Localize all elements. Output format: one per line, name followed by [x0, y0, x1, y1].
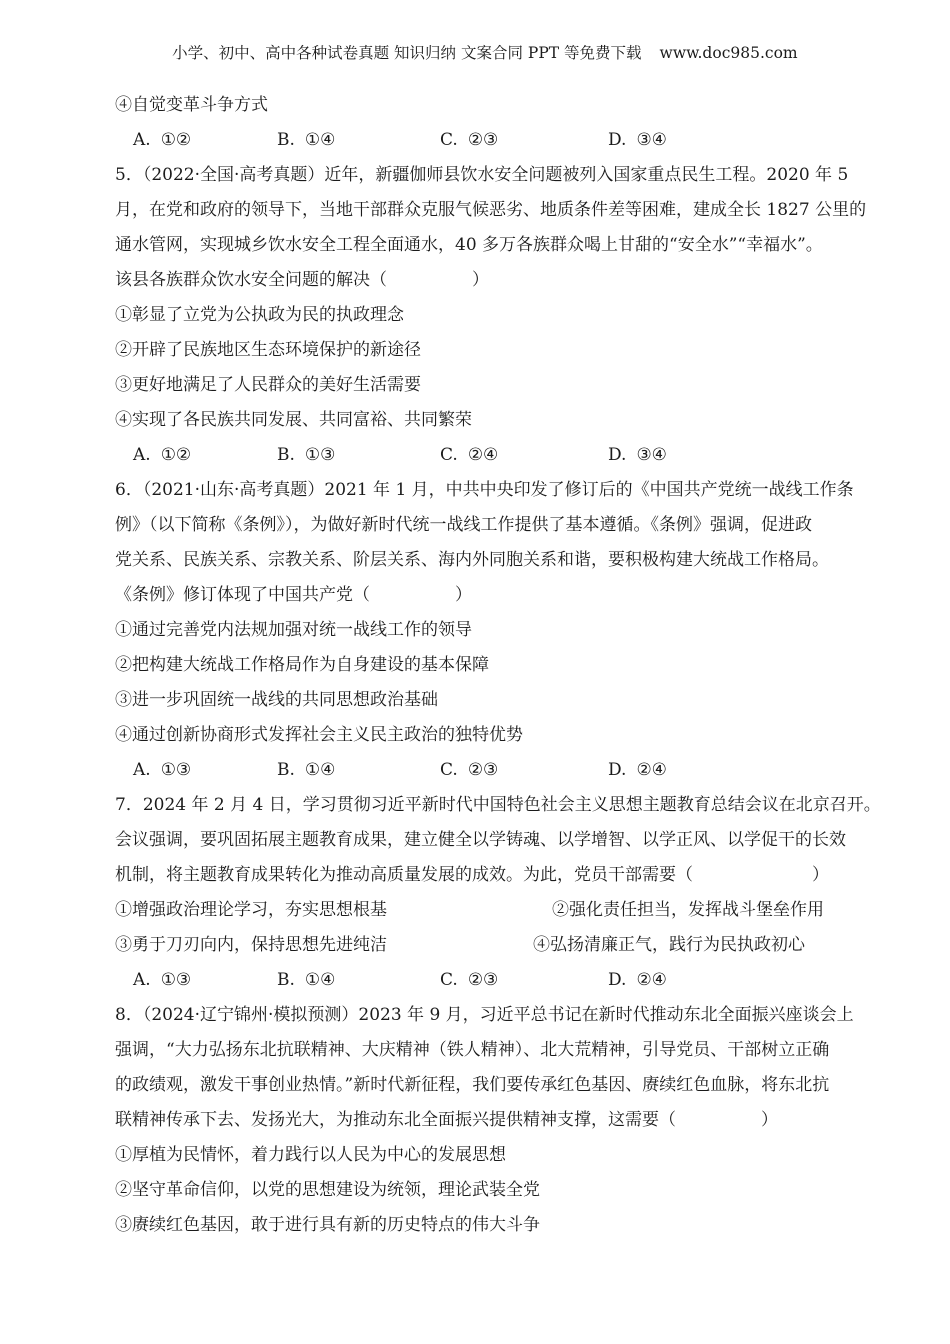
option-value: ①②	[161, 445, 191, 465]
option-b: B.①④	[277, 753, 335, 788]
option-value: ②③	[468, 760, 498, 780]
statement-right: ②强化责任担当，发挥战斗堡垒作用	[552, 893, 824, 928]
option-letter: C.	[440, 445, 458, 465]
option-value: ①④	[305, 130, 335, 150]
text-line: 6．（2021·山东·高考真题）2021 年 1 月，中共中央印发了修订后的《中…	[115, 473, 850, 508]
option-d: D.③④	[608, 123, 667, 158]
answer-options-row: A.①③B.①④C.②③D.②④	[115, 963, 850, 998]
option-letter: A.	[133, 970, 151, 990]
option-b: B.①③	[277, 438, 335, 473]
option-b: B.①④	[277, 963, 335, 998]
option-value: ②④	[636, 970, 666, 990]
statement-left: ③勇于刀刃向内，保持思想先进纯洁	[115, 928, 387, 963]
option-letter: C.	[440, 760, 458, 780]
option-letter: B.	[277, 970, 295, 990]
option-d: D.③④	[608, 438, 667, 473]
option-value: ①③	[161, 760, 191, 780]
option-value: ②④	[636, 760, 666, 780]
text-line: ④通过创新协商形式发挥社会主义民主政治的独特优势	[115, 718, 850, 753]
option-a: A.①③	[133, 753, 191, 788]
option-value: ③④	[636, 130, 666, 150]
header-promo-text: 小学、初中、高中各种试卷真题 知识归纳 文案合同 PPT 等免费下载	[172, 44, 641, 62]
text-line: 会议强调，要巩固拓展主题教育成果，建立健全以学铸魂、以学增智、以学正风、以学促干…	[115, 823, 850, 858]
option-letter: D.	[608, 970, 626, 990]
text-line: ③进一步巩固统一战线的共同思想政治基础	[115, 683, 850, 718]
text-line: ②坚守革命信仰，以党的思想建设为统领，理论武装全党	[115, 1173, 850, 1208]
text-line: ①彰显了立党为公执政为民的执政理念	[115, 298, 850, 333]
text-line: ②把构建大统战工作格局作为自身建设的基本保障	[115, 648, 850, 683]
text-line: ④自觉变革斗争方式	[115, 88, 850, 123]
option-value: ①③	[305, 445, 335, 465]
option-letter: D.	[608, 130, 626, 150]
option-letter: D.	[608, 760, 626, 780]
text-line: ②开辟了民族地区生态环境保护的新途径	[115, 333, 850, 368]
option-value: ①②	[161, 130, 191, 150]
option-a: A.①②	[133, 438, 191, 473]
answer-options-row: A.①②B.①④C.②③D.③④	[115, 123, 850, 158]
text-line: 联精神传承下去、发扬光大，为推动东北全面振兴提供精神支撑，这需要（ ）	[115, 1103, 850, 1138]
text-line: 《条例》修订体现了中国共产党（ ）	[115, 578, 850, 613]
option-value: ②④	[468, 445, 498, 465]
statement-row: ①增强政治理论学习，夯实思想根基②强化责任担当，发挥战斗堡垒作用	[115, 893, 850, 928]
text-line: 机制，将主题教育成果转化为推动高质量发展的成效。为此，党员干部需要（ ）	[115, 858, 850, 893]
text-line: 5．（2022·全国·高考真题）近年，新疆伽师县饮水安全问题被列入国家重点民生工…	[115, 158, 850, 193]
option-letter: D.	[608, 445, 626, 465]
option-value: ①③	[161, 970, 191, 990]
text-line: ①厚植为民情怀，着力践行以人民为中心的发展思想	[115, 1138, 850, 1173]
text-line: 月，在党和政府的领导下，当地干部群众克服气候恶劣、地质条件差等困难，建成全长 1…	[115, 193, 850, 228]
answer-options-row: A.①②B.①③C.②④D.③④	[115, 438, 850, 473]
option-letter: A.	[133, 130, 151, 150]
text-line: 8．（2024·辽宁锦州·模拟预测）2023 年 9 月，习近平总书记在新时代推…	[115, 998, 850, 1033]
option-letter: B.	[277, 760, 295, 780]
answer-options-row: A.①③B.①④C.②③D.②④	[115, 753, 850, 788]
option-letter: B.	[277, 445, 295, 465]
option-letter: A.	[133, 445, 151, 465]
text-line: ③更好地满足了人民群众的美好生活需要	[115, 368, 850, 403]
statement-row: ③勇于刀刃向内，保持思想先进纯洁④弘扬清廉正气，践行为民执政初心	[115, 928, 850, 963]
option-value: ②③	[468, 970, 498, 990]
text-line: 7．2024 年 2 月 4 日，学习贯彻习近平新时代中国特色社会主义思想主题教…	[115, 788, 850, 823]
document-content: ④自觉变革斗争方式A.①②B.①④C.②③D.③④5．（2022·全国·高考真题…	[115, 88, 850, 1243]
text-line: 强调，“大力弘扬东北抗联精神、大庆精神（铁人精神）、北大荒精神，引导党员、干部树…	[115, 1033, 850, 1068]
option-c: C.②③	[440, 963, 498, 998]
option-letter: C.	[440, 130, 458, 150]
text-line: 通水管网，实现城乡饮水安全工程全面通水，40 多万各族群众喝上甘甜的“安全水”“…	[115, 228, 850, 263]
option-letter: A.	[133, 760, 151, 780]
text-line: ①通过完善党内法规加强对统一战线工作的领导	[115, 613, 850, 648]
option-c: C.②③	[440, 753, 498, 788]
option-value: ③④	[636, 445, 666, 465]
option-c: C.②④	[440, 438, 498, 473]
option-letter: C.	[440, 970, 458, 990]
option-a: A.①③	[133, 963, 191, 998]
option-d: D.②④	[608, 753, 667, 788]
statement-right: ④弘扬清廉正气，践行为民执政初心	[533, 928, 805, 963]
option-a: A.①②	[133, 123, 191, 158]
text-line: 的政绩观，激发干事创业热情。”新时代新征程，我们要传承红色基因、赓续红色血脉，将…	[115, 1068, 850, 1103]
option-letter: B.	[277, 130, 295, 150]
text-line: ④实现了各民族共同发展、共同富裕、共同繁荣	[115, 403, 850, 438]
text-line: 党关系、民族关系、宗教关系、阶层关系、海内外同胞关系和谐，要积极构建大统战工作格…	[115, 543, 850, 578]
text-line: 例》（以下简称《条例》），为做好新时代统一战线工作提供了基本遵循。《条例》强调，…	[115, 508, 850, 543]
exam-document-page: 小学、初中、高中各种试卷真题 知识归纳 文案合同 PPT 等免费下载www.do…	[0, 0, 950, 1344]
option-value: ①④	[305, 970, 335, 990]
header-site-link[interactable]: www.doc985.com	[660, 44, 798, 62]
option-d: D.②④	[608, 963, 667, 998]
option-value: ①④	[305, 760, 335, 780]
text-line: 该县各族群众饮水安全问题的解决（ ）	[115, 263, 850, 298]
option-value: ②③	[468, 130, 498, 150]
statement-left: ①增强政治理论学习，夯实思想根基	[115, 893, 387, 928]
option-c: C.②③	[440, 123, 498, 158]
option-b: B.①④	[277, 123, 335, 158]
page-header: 小学、初中、高中各种试卷真题 知识归纳 文案合同 PPT 等免费下载www.do…	[0, 20, 950, 86]
text-line: ③赓续红色基因，敢于进行具有新的历史特点的伟大斗争	[115, 1208, 850, 1243]
